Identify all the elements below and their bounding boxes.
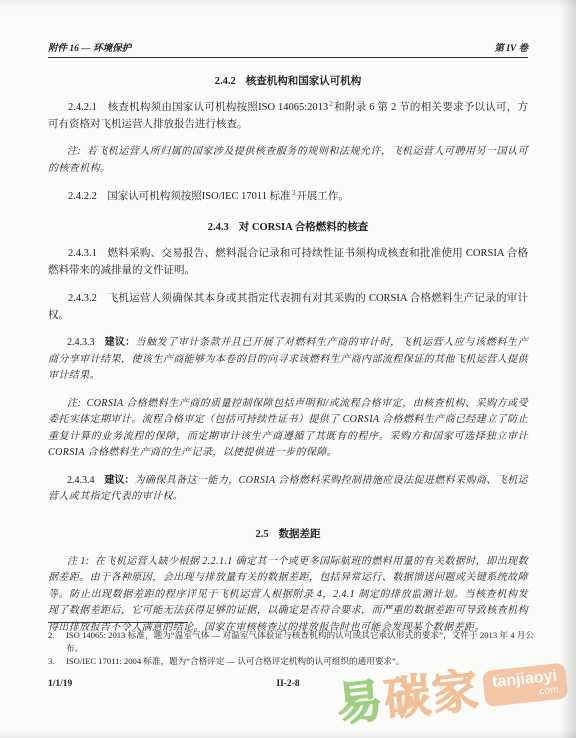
recommendation-label: 建议： [105,475,135,486]
paragraph-2-4-3-1: 2.4.3.1 燃料采购、交易报告、燃料混合记录和可持续性证书须构成核查和批准使… [48,245,528,279]
note-2-4-3: 注: CORSIA 合格燃料生产商的质量控制保障包括声明和/或流程合格审定，由核… [48,396,528,462]
footnotes: 2. ISO 14065: 2013 标准，题为“温室气体 — 对温室气体验证与… [48,629,534,668]
paragraph-text: 2.4.2.2 国家认可机构须按照ISO/IEC 17011 标准 [68,191,291,202]
paragraph-number: 2.4.3.3 [67,337,105,348]
section-number: 2.4.2 [215,76,236,87]
footnote-ref-2[interactable]: 2 [329,99,333,108]
paragraph-text: 2.4.2.1 核查机构须由国家认可机构按照ISO 14065:2013 [68,102,328,113]
footnote-number: 3. [48,655,66,668]
paragraph-2-4-2-1: 2.4.2.1 核查机构须由国家认可机构按照ISO 14065:20132和附录… [48,99,528,133]
section-number: 2.5 [255,529,268,540]
section-title: 对 CORSIA 合格燃料的核查 [239,222,369,233]
note-2-4-2-1: 注: 若飞机运营人所归属的国家涉及提供核查服务的规则和法规允许，飞机运营人可聘用… [48,144,528,177]
header-volume: 第 IV 卷 [494,40,528,54]
page-content: 附件 16 — 环境保护 第 IV 卷 2.4.2核查机构和国家认可机构 2.4… [48,40,528,636]
paragraph-text: 开展工作。 [296,191,349,202]
running-header: 附件 16 — 环境保护 第 IV 卷 [48,40,528,58]
section-heading-2-4-3: 2.4.3对 CORSIA 合格燃料的核查 [48,219,528,234]
paragraph-number: 2.4.3.4 [67,475,105,486]
scan-shadow-right [560,0,576,738]
watermark-char-jia: 家 [430,667,481,718]
header-annex-title: 附件 16 — 环境保护 [48,40,131,54]
section-title: 数据差距 [279,529,321,540]
paragraph-2-4-3-4: 2.4.3.4 建议：为确保具备这一能力，CORSIA 合格燃料采购控制措施应设… [48,473,528,506]
section-title: 核查机构和国家认可机构 [246,76,362,87]
recommendation-label: 建议： [105,337,136,348]
footnote-ref-3[interactable]: 3 [292,188,296,197]
section-heading-2-4-2: 2.4.2核查机构和国家认可机构 [48,73,528,88]
footer-page-number: II-2-8 [48,679,528,689]
footnote-number: 2. [48,629,66,642]
document-page: 附件 16 — 环境保护 第 IV 卷 2.4.2核查机构和国家认可机构 2.4… [0,0,576,738]
footnote-2: 2. ISO 14065: 2013 标准，题为“温室气体 — 对温室气体验证与… [48,629,534,655]
footnote-text: ISO 14065: 2013 标准，题为“温室气体 — 对温室气体验证与核查机… [66,629,534,655]
note-2-5: 注 1: 在飞机运营人缺少根据 2.2.1.1 确定其一个或更多国际航班的燃料用… [48,554,528,637]
paragraph-2-4-3-2: 2.4.3.2 飞机运营人须确保其本身或其指定代表拥有对其采购的 CORSIA … [48,290,528,324]
footnote-3: 3. ISO/IEC 17011: 2004 标准，题为“合格评定 — 认可合格… [48,655,534,668]
section-heading-2-5: 2.5数据差距 [48,526,528,541]
scan-shadow-top [0,0,576,10]
section-number: 2.4.3 [208,222,229,233]
scan-shadow-bottom [0,730,576,738]
paragraph-2-4-2-2: 2.4.2.2 国家认可机构须按照ISO/IEC 17011 标准3开展工作。 [48,188,528,205]
paragraph-2-4-3-3: 2.4.3.3 建议：当触发了审计条款并且已开展了对燃料生产商的审计时，飞机运营… [48,335,528,385]
footnote-separator [48,622,188,623]
footnote-text: ISO/IEC 17011: 2004 标准，题为“合格评定 — 认可合格评定机… [66,655,534,668]
